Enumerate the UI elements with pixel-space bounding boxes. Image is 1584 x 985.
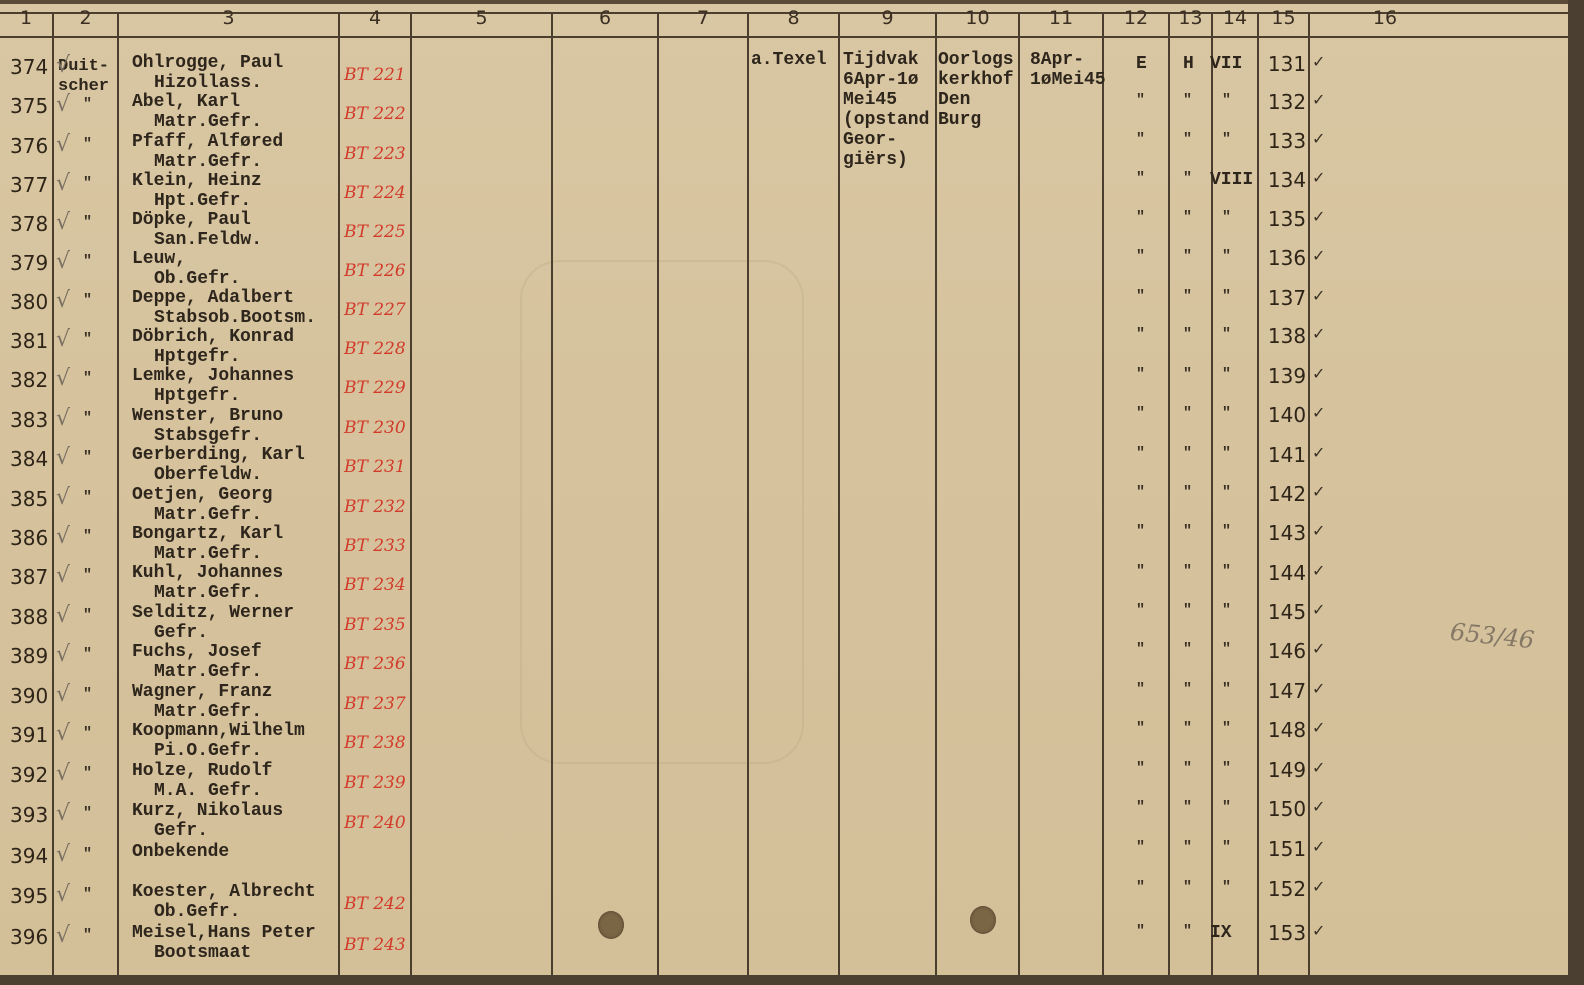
col-rule [1211,13,1213,975]
col-header-2: 2 [54,5,117,31]
person-name: Leuw, [132,249,186,269]
grave-reference: BT 238 [344,733,406,753]
check-mark-icon: √ [56,249,70,274]
grave-reference: BT 228 [344,339,406,359]
col14-value: " [1222,879,1231,896]
person-name: Lemke, Johannes [132,366,294,386]
check-mark-icon: √ [56,882,70,907]
col14-value: " [1222,839,1231,856]
person-name: Kurz, Nikolaus [132,801,283,821]
col13-value: " [1183,288,1192,305]
check-mark-icon: √ [56,53,70,78]
sequence-number: 144 [1264,561,1310,585]
ditto-mark: " [83,292,92,309]
sequence-number: 133 [1264,129,1310,153]
check-mark-icon: √ [56,132,70,157]
row-number: 392 [10,763,52,787]
col-header-14: 14 [1213,5,1257,31]
sequence-number: 139 [1264,364,1310,388]
register-sheet: 1 2 3 4 5 6 7 8 9 10 11 12 13 14 15 16 D… [0,0,1568,975]
ditto-mark: " [83,846,92,863]
col12-value: " [1136,366,1145,383]
tick-mark-icon: ✓ [1312,129,1325,148]
col14-value: " [1222,92,1231,109]
check-mark-icon: √ [56,406,70,431]
col13-value: " [1183,209,1192,226]
col12-value: " [1136,839,1145,856]
col13-value: " [1183,641,1192,658]
header-bottom-rule [0,36,1568,38]
ditto-mark: " [83,214,92,231]
col12-value: " [1136,641,1145,658]
check-mark-icon: √ [56,210,70,235]
person-rank: Pi.O.Gefr. [154,741,262,761]
col13-value: " [1183,760,1192,777]
row-number: 393 [10,803,52,827]
row-number: 377 [10,173,52,197]
row-number: 380 [10,290,52,314]
col-rule [1102,13,1104,975]
col-header-9: 9 [840,5,935,31]
ditto-mark: " [83,607,92,624]
grave-reference: BT 235 [344,615,406,635]
person-name: Wagner, Franz [132,682,272,702]
col-rule [1168,13,1170,975]
person-rank: Matr.Gefr. [154,544,262,564]
check-mark-icon: √ [56,642,70,667]
paper-watermark [520,260,804,764]
sequence-number: 149 [1264,758,1310,782]
person-rank: Matr.Gefr. [154,583,262,603]
tick-mark-icon: ✓ [1312,90,1325,109]
person-name: Ohlrogge, Paul [132,53,283,73]
col13-value: " [1183,799,1192,816]
sequence-number: 147 [1264,679,1310,703]
cemetery-entry: Oorlogs kerkhof Den Burg [938,50,1014,130]
tick-mark-icon: ✓ [1312,443,1325,462]
col14-value: " [1222,760,1231,777]
col12-value: E [1136,54,1147,74]
grave-reference: BT 227 [344,300,406,320]
col14-value: " [1222,641,1231,658]
col12-value: " [1136,288,1145,305]
col-rule [52,13,54,975]
sequence-number: 153 [1264,921,1310,945]
person-name: Döbrich, Konrad [132,327,294,347]
col12-value: " [1136,563,1145,580]
punch-hole [970,906,996,934]
tick-mark-icon: ✓ [1312,52,1325,71]
person-rank: Hizollass. [154,73,262,93]
person-rank: Hptgefr. [154,386,240,406]
ditto-mark: " [83,449,92,466]
tick-mark-icon: ✓ [1312,286,1325,305]
col-rule [747,13,749,975]
col13-value: " [1183,445,1192,462]
col14-value: " [1222,326,1231,343]
ditto-mark: " [83,765,92,782]
grave-reference: BT 243 [344,935,406,955]
place-entry: a.Texel [751,50,827,70]
col-header-15: 15 [1259,5,1308,31]
col13-value: " [1183,720,1192,737]
person-name: Klein, Heinz [132,171,262,191]
col12-value: " [1136,405,1145,422]
col-header-3: 3 [119,5,338,31]
ditto-mark: " [83,253,92,270]
check-mark-icon: √ [56,171,70,196]
col14-value: " [1222,563,1231,580]
col-header-8: 8 [749,5,838,31]
col12-value: " [1136,170,1145,187]
ditto-mark: " [83,410,92,427]
check-mark-icon: √ [56,366,70,391]
punch-hole [598,911,624,939]
row-number: 376 [10,134,52,158]
col12-value: " [1136,720,1145,737]
person-name: Deppe, Adalbert [132,288,294,308]
sequence-number: 150 [1264,797,1310,821]
person-rank: Bootsmaat [154,943,251,963]
row-number: 375 [10,94,52,118]
col12-value: " [1136,799,1145,816]
col-header-1: 1 [0,5,52,31]
col14-value: " [1222,405,1231,422]
check-mark-icon: √ [56,524,70,549]
person-rank: Oberfeldw. [154,465,262,485]
row-number: 374 [10,55,52,79]
tick-mark-icon: ✓ [1312,877,1325,896]
col-header-12: 12 [1104,5,1168,31]
sequence-number: 145 [1264,600,1310,624]
row-number: 379 [10,251,52,275]
col14-value: " [1222,484,1231,501]
person-rank: Hptgefr. [154,347,240,367]
col13-value: " [1183,563,1192,580]
ditto-mark: " [83,370,92,387]
person-rank: Ob.Gefr. [154,902,240,922]
ditto-mark: " [83,567,92,584]
col13-value: " [1183,131,1192,148]
col12-value: " [1136,484,1145,501]
col-header-7: 7 [659,5,747,31]
col14-value: " [1222,602,1231,619]
tick-mark-icon: ✓ [1312,639,1325,658]
row-number: 396 [10,925,52,949]
col-rule [117,13,119,975]
person-name: Wenster, Bruno [132,406,283,426]
ditto-mark: " [83,331,92,348]
check-mark-icon: √ [56,842,70,867]
date-entry: 8Apr- 1øMei45 [1030,50,1106,90]
person-rank: Matr.Gefr. [154,112,262,132]
sequence-number: 142 [1264,482,1310,506]
grave-reference: BT 229 [344,378,406,398]
person-rank: Matr.Gefr. [154,702,262,722]
col-rule [1018,13,1020,975]
sequence-number: 151 [1264,837,1310,861]
grave-reference: BT 234 [344,575,406,595]
person-name: Bongartz, Karl [132,524,283,544]
col12-value: " [1136,131,1145,148]
row-number: 394 [10,844,52,868]
col12-value: " [1136,923,1145,940]
person-name: Holze, Rudolf [132,761,272,781]
col14-value: " [1222,288,1231,305]
col13-value: " [1183,326,1192,343]
sequence-number: 148 [1264,718,1310,742]
person-rank: Ob.Gefr. [154,269,240,289]
person-name: Meisel,Hans Peter [132,923,316,943]
col13-value: " [1183,923,1192,940]
sequence-number: 131 [1264,52,1310,76]
col12-value: " [1136,760,1145,777]
tick-mark-icon: ✓ [1312,921,1325,940]
tick-mark-icon: ✓ [1312,758,1325,777]
person-name: Oetjen, Georg [132,485,272,505]
ditto-mark: " [83,96,92,113]
person-name: Koester, Albrecht [132,882,316,902]
col14-value: " [1222,799,1231,816]
sequence-number: 152 [1264,877,1310,901]
check-mark-icon: √ [56,761,70,786]
col14-value: " [1222,445,1231,462]
col12-value: " [1136,248,1145,265]
col13-value: " [1183,484,1192,501]
col12-value: " [1136,523,1145,540]
col-rule [1257,13,1259,975]
person-name: Abel, Karl [132,92,240,112]
row-number: 391 [10,723,52,747]
tick-mark-icon: ✓ [1312,600,1325,619]
check-mark-icon: √ [56,603,70,628]
ditto-mark: " [83,136,92,153]
person-name: Koopmann,Wilhelm [132,721,305,741]
tick-mark-icon: ✓ [1312,482,1325,501]
tick-mark-icon: ✓ [1312,364,1325,383]
ditto-mark: " [83,489,92,506]
person-rank: Matr.Gefr. [154,662,262,682]
ditto-mark: " [83,886,92,903]
grave-reference: BT 226 [344,261,406,281]
grave-reference: BT 236 [344,654,406,674]
ditto-mark: " [83,528,92,545]
ditto-mark: " [83,646,92,663]
col12-value: " [1136,445,1145,462]
tick-mark-icon: ✓ [1312,324,1325,343]
check-mark-icon: √ [56,721,70,746]
col13-value: " [1183,170,1192,187]
col14-value: " [1222,681,1231,698]
person-name: Fuchs, Josef [132,642,262,662]
col13-value: " [1183,681,1192,698]
col12-value: " [1136,602,1145,619]
ditto-mark: " [83,805,92,822]
check-mark-icon: √ [56,327,70,352]
col14-value: " [1222,523,1231,540]
grave-reference: BT 222 [344,104,406,124]
sequence-number: 143 [1264,521,1310,545]
col12-value: " [1136,879,1145,896]
sequence-number: 136 [1264,246,1310,270]
grave-reference: BT 237 [344,694,406,714]
person-name: Onbekende [132,842,229,862]
person-rank: Stabsob.Bootsm. [154,308,316,328]
sequence-number: 141 [1264,443,1310,467]
check-mark-icon: √ [56,682,70,707]
check-mark-icon: √ [56,485,70,510]
col13-value: " [1183,366,1192,383]
col14-value: VII [1210,54,1242,74]
col12-value: " [1136,681,1145,698]
check-mark-icon: √ [56,923,70,948]
check-mark-icon: √ [56,563,70,588]
col14-value: VIII [1210,170,1253,190]
sequence-number: 137 [1264,286,1310,310]
person-rank: Matr.Gefr. [154,505,262,525]
grave-reference: BT 240 [344,813,406,833]
row-number: 384 [10,447,52,471]
col13-value: " [1183,248,1192,265]
col-rule [838,13,840,975]
period-entry: Tijdvak 6Apr-1ø Mei45 (opstand Geor- gië… [843,50,929,170]
col13-value: " [1183,602,1192,619]
col14-value: " [1222,209,1231,226]
col-header-10: 10 [937,5,1018,31]
row-number: 382 [10,368,52,392]
sequence-number: 135 [1264,207,1310,231]
col-header-4: 4 [340,5,410,31]
row-number: 386 [10,526,52,550]
grave-reference: BT 223 [344,144,406,164]
top-edge [0,0,1568,4]
grave-reference: BT 242 [344,894,406,914]
tick-mark-icon: ✓ [1312,521,1325,540]
tick-mark-icon: ✓ [1312,837,1325,856]
ditto-mark: " [83,927,92,944]
sequence-number: 134 [1264,168,1310,192]
sequence-number: 140 [1264,403,1310,427]
col14-value: " [1222,248,1231,265]
tick-mark-icon: ✓ [1312,797,1325,816]
col-header-16: 16 [1310,5,1460,31]
col-header-5: 5 [412,5,551,31]
col-rule [935,13,937,975]
check-mark-icon: √ [56,288,70,313]
person-name: Gerberding, Karl [132,445,305,465]
grave-reference: BT 233 [344,536,406,556]
grave-reference: BT 230 [344,418,406,438]
sequence-number: 146 [1264,639,1310,663]
col13-value: " [1183,839,1192,856]
ditto-mark: " [83,175,92,192]
sequence-number: 132 [1264,90,1310,114]
col-rule [410,13,412,975]
person-rank: Gefr. [154,623,208,643]
row-number: 387 [10,565,52,589]
ditto-mark: " [83,725,92,742]
grave-reference: BT 224 [344,183,406,203]
tick-mark-icon: ✓ [1312,403,1325,422]
person-rank: M.A. Gefr. [154,781,262,801]
ditto-mark: " [83,686,92,703]
col-header-13: 13 [1170,5,1211,31]
col-rule [551,13,553,975]
tick-mark-icon: ✓ [1312,561,1325,580]
row-number: 395 [10,884,52,908]
grave-reference: BT 225 [344,222,406,242]
pencil-annotation: 653/46 [1449,618,1536,655]
person-rank: Matr.Gefr. [154,152,262,172]
row-number: 381 [10,329,52,353]
col13-value: " [1183,405,1192,422]
row-number: 390 [10,684,52,708]
person-name: Pfaff, Alføred [132,132,283,152]
tick-mark-icon: ✓ [1312,679,1325,698]
col-header-6: 6 [553,5,657,31]
grave-reference: BT 221 [344,65,406,85]
tick-mark-icon: ✓ [1312,207,1325,226]
col13-value: H [1183,54,1194,74]
row-number: 389 [10,644,52,668]
check-mark-icon: √ [56,445,70,470]
row-number: 378 [10,212,52,236]
person-rank: Stabsgefr. [154,426,262,446]
check-mark-icon: √ [56,801,70,826]
person-rank: San.Feldw. [154,230,262,250]
tick-mark-icon: ✓ [1312,718,1325,737]
col13-value: " [1183,879,1192,896]
col-header-11: 11 [1020,5,1102,31]
person-name: Döpke, Paul [132,210,251,230]
grave-reference: BT 239 [344,773,406,793]
grave-reference: BT 232 [344,497,406,517]
tick-mark-icon: ✓ [1312,246,1325,265]
col-rule [338,13,340,975]
col14-value: IX [1210,923,1232,943]
col14-value: " [1222,720,1231,737]
col13-value: " [1183,523,1192,540]
person-name: Selditz, Werner [132,603,294,623]
col14-value: " [1222,131,1231,148]
col12-value: " [1136,209,1145,226]
tick-mark-icon: ✓ [1312,168,1325,187]
check-mark-icon: √ [56,92,70,117]
col12-value: " [1136,92,1145,109]
col13-value: " [1183,92,1192,109]
person-rank: Hpt.Gefr. [154,191,251,211]
person-rank: Gefr. [154,821,208,841]
row-number: 385 [10,487,52,511]
person-name: Kuhl, Johannes [132,563,283,583]
col-rule [657,13,659,975]
sequence-number: 138 [1264,324,1310,348]
col12-value: " [1136,326,1145,343]
grave-reference: BT 231 [344,457,406,477]
row-number: 383 [10,408,52,432]
row-number: 388 [10,605,52,629]
col14-value: " [1222,366,1231,383]
